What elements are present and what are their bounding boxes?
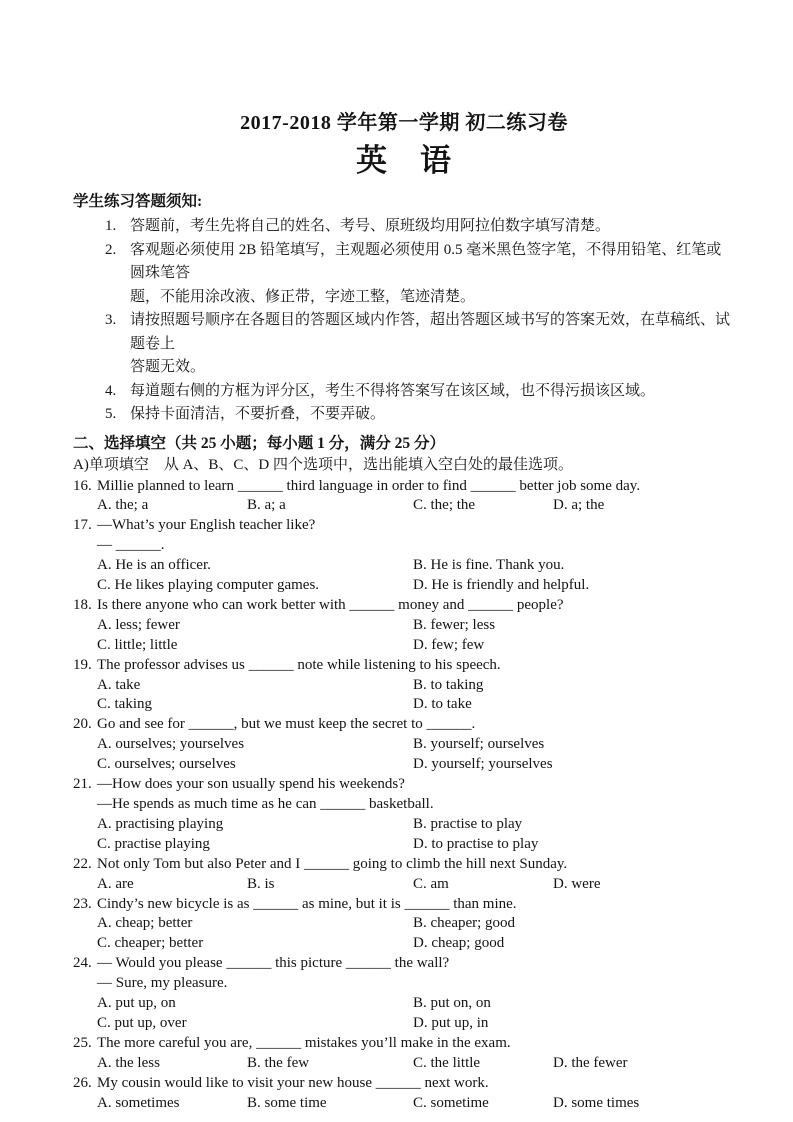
option-row: C. takingD. to take xyxy=(97,695,735,715)
question-20: 20.Go and see for ______, but we must ke… xyxy=(73,715,735,775)
option-row: C. ourselves; ourselvesD. yourself; your… xyxy=(97,755,735,775)
answer-option: D. some times xyxy=(553,1094,735,1114)
question-stem-line: Millie planned to learn ______ third lan… xyxy=(97,477,735,497)
question-stem: 24.— Would you please ______ this pictur… xyxy=(73,954,735,974)
answer-option: D. yourself; yourselves xyxy=(413,755,735,775)
answer-option: B. cheaper; good xyxy=(413,914,735,934)
notice-item-text: 答题前，考生先将自己的姓名、考号、原班级均用阿拉伯数字填写清楚。 xyxy=(130,215,735,239)
option-row: C. put up, overD. put up, in xyxy=(97,1014,735,1034)
question-stem: 21.—How does your son usually spend his … xyxy=(73,775,735,795)
question-number: 17. xyxy=(73,516,97,536)
question-number: 20. xyxy=(73,715,97,735)
answer-option: C. practise playing xyxy=(97,835,413,855)
answer-option: D. to practise to play xyxy=(413,835,735,855)
answer-option: C. put up, over xyxy=(97,1014,413,1034)
answer-option: A. sometimes xyxy=(97,1094,247,1114)
answer-option: C. He likes playing computer games. xyxy=(97,576,413,596)
answer-option: C. the little xyxy=(413,1054,553,1074)
answer-option: D. the fewer xyxy=(553,1054,735,1074)
notice-item-line: 每道题右侧的方框为评分区，考生不得将答案写在该区域，也不得污损该区域。 xyxy=(130,380,735,404)
option-row: A. practising playingB. practise to play xyxy=(97,815,735,835)
subject-title: 英 语 xyxy=(73,140,735,182)
notice-item-line: 答题无效。 xyxy=(130,356,735,380)
question-16: 16.Millie planned to learn ______ third … xyxy=(73,477,735,517)
answer-option: B. some time xyxy=(247,1094,413,1114)
answer-option: B. the few xyxy=(247,1054,413,1074)
question-22: 22.Not only Tom but also Peter and I ___… xyxy=(73,855,735,895)
option-row: C. He likes playing computer games.D. He… xyxy=(97,576,735,596)
answer-option: C. am xyxy=(413,875,553,895)
option-row: A. put up, onB. put on, on xyxy=(97,994,735,1014)
answer-option: D. put up, in xyxy=(413,1014,735,1034)
notice-item-text: 请按照题号顺序在各题目的答题区域内作答，超出答题区域书写的答案无效，在草稿纸、试… xyxy=(130,309,735,380)
question-stem-line: The more careful you are, ______ mistake… xyxy=(97,1034,735,1054)
question-stem: 16.Millie planned to learn ______ third … xyxy=(73,477,735,497)
answer-option: B. a; a xyxy=(247,496,413,516)
answer-option: A. the; a xyxy=(97,496,247,516)
option-row: C. practise playingD. to practise to pla… xyxy=(97,835,735,855)
answer-option: D. a; the xyxy=(553,496,735,516)
question-stem-line: —He spends as much time as he can ______… xyxy=(97,795,735,815)
answer-option: C. cheaper; better xyxy=(97,934,413,954)
notice-item-1: 1.答题前，考生先将自己的姓名、考号、原班级均用阿拉伯数字填写清楚。 xyxy=(105,215,735,239)
question-18: 18.Is there anyone who can work better w… xyxy=(73,596,735,656)
question-stem: 17.—What’s your English teacher like? xyxy=(73,516,735,536)
answer-option: A. cheap; better xyxy=(97,914,413,934)
question-stem-line: — Would you please ______ this picture _… xyxy=(97,954,735,974)
option-row: A. sometimesB. some timeC. sometimeD. so… xyxy=(97,1094,735,1114)
question-stem: 23.Cindy’s new bicycle is as ______ as m… xyxy=(73,895,735,915)
exam-paper-page: 2017-2018 学年第一学期 初二练习卷 英 语 学生练习答题须知: 1.答… xyxy=(0,0,793,1122)
option-row: A. the; aB. a; aC. the; theD. a; the xyxy=(97,496,735,516)
question-23: 23.Cindy’s new bicycle is as ______ as m… xyxy=(73,895,735,955)
answer-option: A. take xyxy=(97,676,413,696)
answer-option: A. put up, on xyxy=(97,994,413,1014)
question-stem-line: Is there anyone who can work better with… xyxy=(97,596,735,616)
question-stem-line: — Sure, my pleasure. xyxy=(97,974,735,994)
notice-item-text: 每道题右侧的方框为评分区，考生不得将答案写在该区域，也不得污损该区域。 xyxy=(130,380,735,404)
question-19: 19.The professor advises us ______ note … xyxy=(73,656,735,716)
question-list: 16.Millie planned to learn ______ third … xyxy=(73,477,735,1114)
answer-option: A. ourselves; yourselves xyxy=(97,735,413,755)
answer-option: B. to taking xyxy=(413,676,735,696)
question-stem: 22.Not only Tom but also Peter and I ___… xyxy=(73,855,735,875)
section-heading: 二、选择填空（共 25 小题；每小题 1 分，满分 25 分） xyxy=(73,432,735,455)
answer-option: B. yourself; ourselves xyxy=(413,735,735,755)
notice-list: 1.答题前，考生先将自己的姓名、考号、原班级均用阿拉伯数字填写清楚。2.客观题必… xyxy=(73,215,735,427)
answer-option: B. fewer; less xyxy=(413,616,735,636)
notice-item-line: 答题前，考生先将自己的姓名、考号、原班级均用阿拉伯数字填写清楚。 xyxy=(130,215,735,239)
option-row: A. ourselves; yourselvesB. yourself; our… xyxy=(97,735,735,755)
page-content: 2017-2018 学年第一学期 初二练习卷 英 语 学生练习答题须知: 1.答… xyxy=(73,110,735,1114)
answer-option: D. cheap; good xyxy=(413,934,735,954)
option-row: A. He is an officer.B. He is fine. Thank… xyxy=(97,556,735,576)
notice-item-3: 3.请按照题号顺序在各题目的答题区域内作答，超出答题区域书写的答案无效，在草稿纸… xyxy=(105,309,735,380)
answer-option: D. He is friendly and helpful. xyxy=(413,576,735,596)
answer-option: B. is xyxy=(247,875,413,895)
answer-option: B. put on, on xyxy=(413,994,735,1014)
option-row: A. less; fewerB. fewer; less xyxy=(97,616,735,636)
page-title: 2017-2018 学年第一学期 初二练习卷 xyxy=(73,110,735,137)
answer-option: A. are xyxy=(97,875,247,895)
question-number: 22. xyxy=(73,855,97,875)
answer-option: B. practise to play xyxy=(413,815,735,835)
question-stem-line: Go and see for ______, but we must keep … xyxy=(97,715,735,735)
notice-section: 学生练习答题须知: 1.答题前，考生先将自己的姓名、考号、原班级均用阿拉伯数字填… xyxy=(73,191,735,427)
answer-option: A. He is an officer. xyxy=(97,556,413,576)
notice-item-line: 客观题必须使用 2B 铅笔填写，主观题必须使用 0.5 毫米黑色签字笔，不得用铅… xyxy=(130,239,735,286)
question-17: 17.—What’s your English teacher like?— _… xyxy=(73,516,735,596)
notice-item-line: 请按照题号顺序在各题目的答题区域内作答，超出答题区域书写的答案无效，在草稿纸、试… xyxy=(130,309,735,356)
question-stem: 25.The more careful you are, ______ mist… xyxy=(73,1034,735,1054)
notice-item-number: 5. xyxy=(105,403,130,427)
question-number: 16. xyxy=(73,477,97,497)
answer-option: C. taking xyxy=(97,695,413,715)
answer-option: C. ourselves; ourselves xyxy=(97,755,413,775)
notice-item-number: 4. xyxy=(105,380,130,404)
question-number: 19. xyxy=(73,656,97,676)
notice-heading: 学生练习答题须知: xyxy=(73,191,735,213)
answer-option: A. practising playing xyxy=(97,815,413,835)
notice-item-text: 保持卡面清洁，不要折叠，不要弄破。 xyxy=(130,403,735,427)
notice-item-5: 5.保持卡面清洁，不要折叠，不要弄破。 xyxy=(105,403,735,427)
question-24: 24.— Would you please ______ this pictur… xyxy=(73,954,735,1034)
question-25: 25.The more careful you are, ______ mist… xyxy=(73,1034,735,1074)
answer-option: D. were xyxy=(553,875,735,895)
answer-option: A. less; fewer xyxy=(97,616,413,636)
answer-option: C. sometime xyxy=(413,1094,553,1114)
answer-option: D. few; few xyxy=(413,636,735,656)
question-stem-line: —How does your son usually spend his wee… xyxy=(97,775,735,795)
question-stem-line: The professor advises us ______ note whi… xyxy=(97,656,735,676)
question-number: 25. xyxy=(73,1034,97,1054)
notice-item-line: 题，不能用涂改液、修正带，字迹工整，笔迹清楚。 xyxy=(130,286,735,310)
section-subheading: A)单项填空 从 A、B、C、D 四个选项中，选出能填入空白处的最佳选项。 xyxy=(73,455,735,476)
question-stem-line: My cousin would like to visit your new h… xyxy=(97,1074,735,1094)
question-stem: 19.The professor advises us ______ note … xyxy=(73,656,735,676)
option-row: C. cheaper; betterD. cheap; good xyxy=(97,934,735,954)
question-stem: 20.Go and see for ______, but we must ke… xyxy=(73,715,735,735)
notice-item-line: 保持卡面清洁，不要折叠，不要弄破。 xyxy=(130,403,735,427)
question-number: 21. xyxy=(73,775,97,795)
question-number: 24. xyxy=(73,954,97,974)
question-stem: 18.Is there anyone who can work better w… xyxy=(73,596,735,616)
notice-item-2: 2.客观题必须使用 2B 铅笔填写，主观题必须使用 0.5 毫米黑色签字笔，不得… xyxy=(105,239,735,310)
question-21: 21.—How does your son usually spend his … xyxy=(73,775,735,855)
question-stem-line: —What’s your English teacher like? xyxy=(97,516,735,536)
notice-item-number: 2. xyxy=(105,239,130,310)
question-stem-line: Not only Tom but also Peter and I ______… xyxy=(97,855,735,875)
answer-option: C. the; the xyxy=(413,496,553,516)
notice-item-number: 3. xyxy=(105,309,130,380)
question-stem: 26.My cousin would like to visit your ne… xyxy=(73,1074,735,1094)
option-row: A. cheap; betterB. cheaper; good xyxy=(97,914,735,934)
answer-option: C. little; little xyxy=(97,636,413,656)
notice-item-number: 1. xyxy=(105,215,130,239)
question-number: 23. xyxy=(73,895,97,915)
option-row: A. areB. isC. amD. were xyxy=(97,875,735,895)
option-row: A. the lessB. the fewC. the littleD. the… xyxy=(97,1054,735,1074)
question-number: 18. xyxy=(73,596,97,616)
option-row: C. little; littleD. few; few xyxy=(97,636,735,656)
notice-item-4: 4.每道题右侧的方框为评分区，考生不得将答案写在该区域，也不得污损该区域。 xyxy=(105,380,735,404)
question-number: 26. xyxy=(73,1074,97,1094)
notice-item-text: 客观题必须使用 2B 铅笔填写，主观题必须使用 0.5 毫米黑色签字笔，不得用铅… xyxy=(130,239,735,310)
answer-option: A. the less xyxy=(97,1054,247,1074)
answer-option: D. to take xyxy=(413,695,735,715)
question-stem-line: Cindy’s new bicycle is as ______ as mine… xyxy=(97,895,735,915)
question-26: 26.My cousin would like to visit your ne… xyxy=(73,1074,735,1114)
option-row: A. takeB. to taking xyxy=(97,676,735,696)
answer-option: B. He is fine. Thank you. xyxy=(413,556,735,576)
question-stem-line: — ______. xyxy=(97,536,735,556)
